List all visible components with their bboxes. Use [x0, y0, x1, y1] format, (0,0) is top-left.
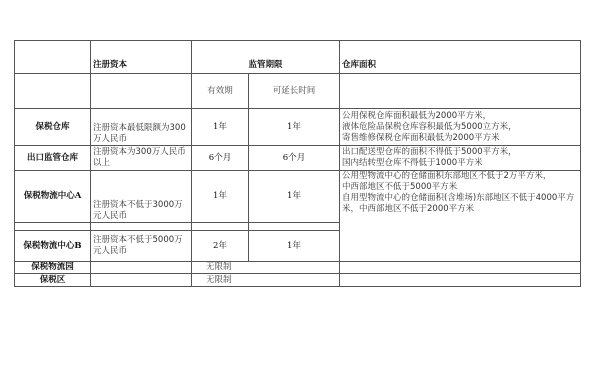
row-capital: 注册资本不低于5000万元人民币 — [91, 231, 192, 262]
row-capital: 注册资本为300万人民币以上 — [91, 146, 192, 171]
spacer-cell — [192, 223, 249, 231]
spacer-cell — [15, 223, 91, 231]
row-name: 保税物流中心A — [15, 171, 91, 223]
row-area: 出口配送型仓库的面积不得低于5000平方米， 国内结转型仓库不得低于1000平方… — [340, 146, 581, 171]
row-extend: 1年 — [249, 171, 340, 223]
table-row: 出口监管仓库 注册资本为300万人民币以上 6个月 6个月 出口配送型仓库的面积… — [15, 146, 581, 171]
subheader-blank — [15, 74, 91, 109]
row-capital: 注册资本不低于3000万元人民币 — [91, 171, 192, 223]
spacer-cell — [249, 223, 340, 231]
row-name: 出口监管仓库 — [15, 146, 91, 171]
row-extend: 1年 — [249, 109, 340, 146]
row-valid: 1年 — [192, 109, 249, 146]
row-extend: 1年 — [249, 231, 340, 262]
row-valid: 2年 — [192, 231, 249, 262]
subheader-extendable-time: 可延长时间 — [249, 74, 340, 109]
subheader-blank-capital — [91, 74, 192, 109]
header-supervision-period: 监管期限 — [192, 41, 340, 74]
table-row: 保税仓库 注册资本最低限额为300万人民币 1年 1年 公用保税仓库面积最低为2… — [15, 109, 581, 146]
subheader-valid-period: 有效期 — [192, 74, 249, 109]
row-valid: 1年 — [192, 171, 249, 223]
table-row: 保税物流园 无限制 — [15, 262, 581, 274]
header-row: 注册资本 监管期限 仓库面积 — [15, 41, 581, 74]
row-capital — [91, 274, 192, 287]
row-valid: 无限制 — [192, 262, 340, 274]
subheader-row: 有效期 可延长时间 — [15, 74, 581, 109]
subheader-blank-area — [340, 74, 581, 109]
row-area: 公用保税仓库面积最低为2000平方米， 液体危险品保税仓库容积最低为5000立方… — [340, 109, 581, 146]
spacer-cell — [91, 223, 192, 231]
row-name: 保税区 — [15, 274, 91, 287]
row-name: 保税物流中心B — [15, 231, 91, 262]
row-capital — [91, 262, 192, 274]
regulation-table: 注册资本 监管期限 仓库面积 有效期 可延长时间 保税仓库 注册资本最低限额为3… — [14, 40, 581, 287]
row-name: 保税物流园 — [15, 262, 91, 274]
header-warehouse-area: 仓库面积 — [340, 41, 581, 74]
row-valid: 6个月 — [192, 146, 249, 171]
header-blank — [15, 41, 91, 74]
row-area — [340, 274, 581, 287]
row-extend: 6个月 — [249, 146, 340, 171]
table-row: 保税区 无限制 — [15, 274, 581, 287]
row-capital: 注册资本最低限额为300万人民币 — [91, 109, 192, 146]
table-row: 保税物流中心A 注册资本不低于3000万元人民币 1年 1年 公用型物流中心的仓… — [15, 171, 581, 223]
row-valid: 无限制 — [192, 274, 340, 287]
row-area: 公用型物流中心的仓储面积东部地区不低于2万平方米， 中西部地区不低于5000平方… — [340, 171, 581, 262]
row-area — [340, 262, 581, 274]
row-name: 保税仓库 — [15, 109, 91, 146]
header-capital: 注册资本 — [91, 41, 192, 74]
